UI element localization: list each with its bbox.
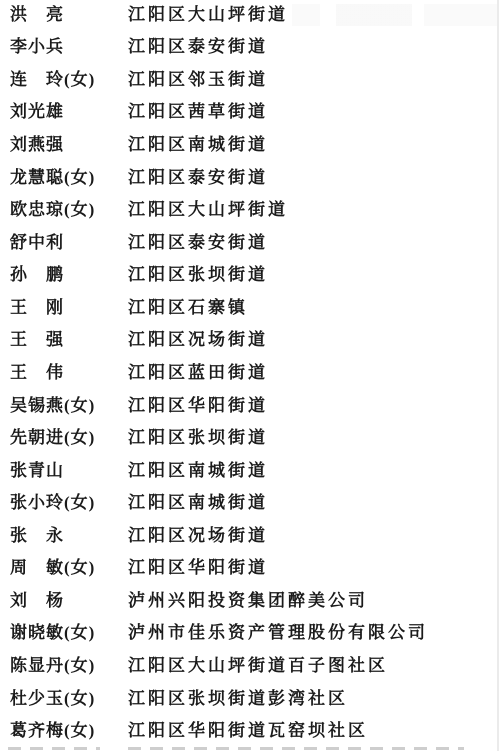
roster-row: 刘光雄 江阳区茜草街道	[0, 96, 500, 129]
person-name: 刘燕强	[10, 136, 128, 153]
roster-row: 舒中利 江阳区泰安街道	[0, 226, 500, 259]
person-affiliation: 江阳区况场街道	[128, 527, 268, 544]
cropped-next-row-affiliation-artifact	[128, 747, 464, 750]
roster-row: 陈显丹(女) 江阳区大山坪街道百子图社区	[0, 649, 500, 682]
roster-row: 葛齐梅(女) 江阳区华阳街道瓦窑坝社区	[0, 714, 500, 747]
roster-row: 谢晓敏(女) 泸州市佳乐资产管理股份有限公司	[0, 617, 500, 650]
person-name: 刘光雄	[10, 103, 128, 120]
roster-row: 欧忠琼(女) 江阳区大山坪街道	[0, 193, 500, 226]
person-affiliation: 江阳区蓝田街道	[128, 364, 268, 381]
person-affiliation: 江阳区张坝街道	[128, 266, 268, 283]
person-affiliation: 江阳区大山坪街道	[128, 6, 288, 23]
person-affiliation: 江阳区华阳街道	[128, 397, 268, 414]
person-name: 陈显丹(女)	[10, 657, 128, 674]
roster-row: 先朝进(女) 江阳区张坝街道	[0, 421, 500, 454]
roster-row: 吴锡燕(女) 江阳区华阳街道	[0, 389, 500, 422]
person-name: 李小兵	[10, 38, 128, 55]
person-name: 张小玲(女)	[10, 494, 128, 511]
person-affiliation: 泸州兴阳投资集团醉美公司	[128, 592, 368, 609]
roster-row: 张小玲(女) 江阳区南城街道	[0, 486, 500, 519]
person-name: 舒中利	[10, 234, 128, 251]
roster-row: 孙 鹏 江阳区张坝街道	[0, 259, 500, 292]
person-affiliation: 江阳区石寨镇	[128, 299, 248, 316]
person-name: 欧忠琼(女)	[10, 201, 128, 218]
person-affiliation: 江阳区泰安街道	[128, 38, 268, 55]
person-affiliation: 江阳区南城街道	[128, 494, 268, 511]
roster-row: 刘燕强 江阳区南城街道	[0, 128, 500, 161]
person-name: 张 永	[10, 527, 128, 544]
person-name: 连 玲(女)	[10, 71, 128, 88]
person-affiliation: 江阳区南城街道	[128, 136, 268, 153]
roster-row: 王 强 江阳区况场街道	[0, 324, 500, 357]
person-affiliation: 江阳区大山坪街道百子图社区	[128, 657, 388, 674]
roster-row: 王 刚 江阳区石寨镇	[0, 291, 500, 324]
person-affiliation: 江阳区邻玉街道	[128, 71, 268, 88]
person-name: 先朝进(女)	[10, 429, 128, 446]
person-affiliation: 江阳区南城街道	[128, 462, 268, 479]
person-name: 吴锡燕(女)	[10, 397, 128, 414]
person-affiliation: 江阳区张坝街道彭湾社区	[128, 690, 348, 707]
roster-row: 周 敏(女) 江阳区华阳街道	[0, 552, 500, 585]
person-name: 王 刚	[10, 299, 128, 316]
person-name: 周 敏(女)	[10, 559, 128, 576]
person-name: 孙 鹏	[10, 266, 128, 283]
person-affiliation: 江阳区华阳街道瓦窑坝社区	[128, 722, 368, 739]
person-name: 杜少玉(女)	[10, 690, 128, 707]
person-name: 张青山	[10, 462, 128, 479]
person-affiliation: 江阳区华阳街道	[128, 559, 268, 576]
person-affiliation: 江阳区泰安街道	[128, 234, 268, 251]
roster-row: 王 伟 江阳区蓝田街道	[0, 356, 500, 389]
person-affiliation: 江阳区张坝街道	[128, 429, 268, 446]
roster-row: 杜少玉(女) 江阳区张坝街道彭湾社区	[0, 682, 500, 715]
person-name: 龙慧聪(女)	[10, 169, 128, 186]
cropped-next-row-name-artifact	[8, 747, 100, 750]
person-name: 葛齐梅(女)	[10, 722, 128, 739]
roster-row: 张 永 江阳区况场街道	[0, 519, 500, 552]
person-name: 刘 杨	[10, 592, 128, 609]
person-name: 洪 亮	[10, 6, 128, 23]
roster-list: 洪 亮 江阳区大山坪街道 李小兵 江阳区泰安街道 连 玲(女) 江阳区邻玉街道 …	[0, 0, 500, 747]
person-name: 王 伟	[10, 364, 128, 381]
person-affiliation: 泸州市佳乐资产管理股份有限公司	[128, 624, 428, 641]
roster-row: 张青山 江阳区南城街道	[0, 454, 500, 487]
person-name: 谢晓敏(女)	[10, 624, 128, 641]
roster-row: 连 玲(女) 江阳区邻玉街道	[0, 63, 500, 96]
person-affiliation: 江阳区况场街道	[128, 331, 268, 348]
roster-row: 李小兵 江阳区泰安街道	[0, 31, 500, 64]
scanned-roster-page: 洪 亮 江阳区大山坪街道 李小兵 江阳区泰安街道 连 玲(女) 江阳区邻玉街道 …	[0, 0, 500, 751]
roster-row: 洪 亮 江阳区大山坪街道	[0, 0, 500, 31]
roster-row: 龙慧聪(女) 江阳区泰安街道	[0, 161, 500, 194]
person-name: 王 强	[10, 331, 128, 348]
person-affiliation: 江阳区茜草街道	[128, 103, 268, 120]
roster-row: 刘 杨 泸州兴阳投资集团醉美公司	[0, 584, 500, 617]
person-affiliation: 江阳区大山坪街道	[128, 201, 288, 218]
person-affiliation: 江阳区泰安街道	[128, 169, 268, 186]
